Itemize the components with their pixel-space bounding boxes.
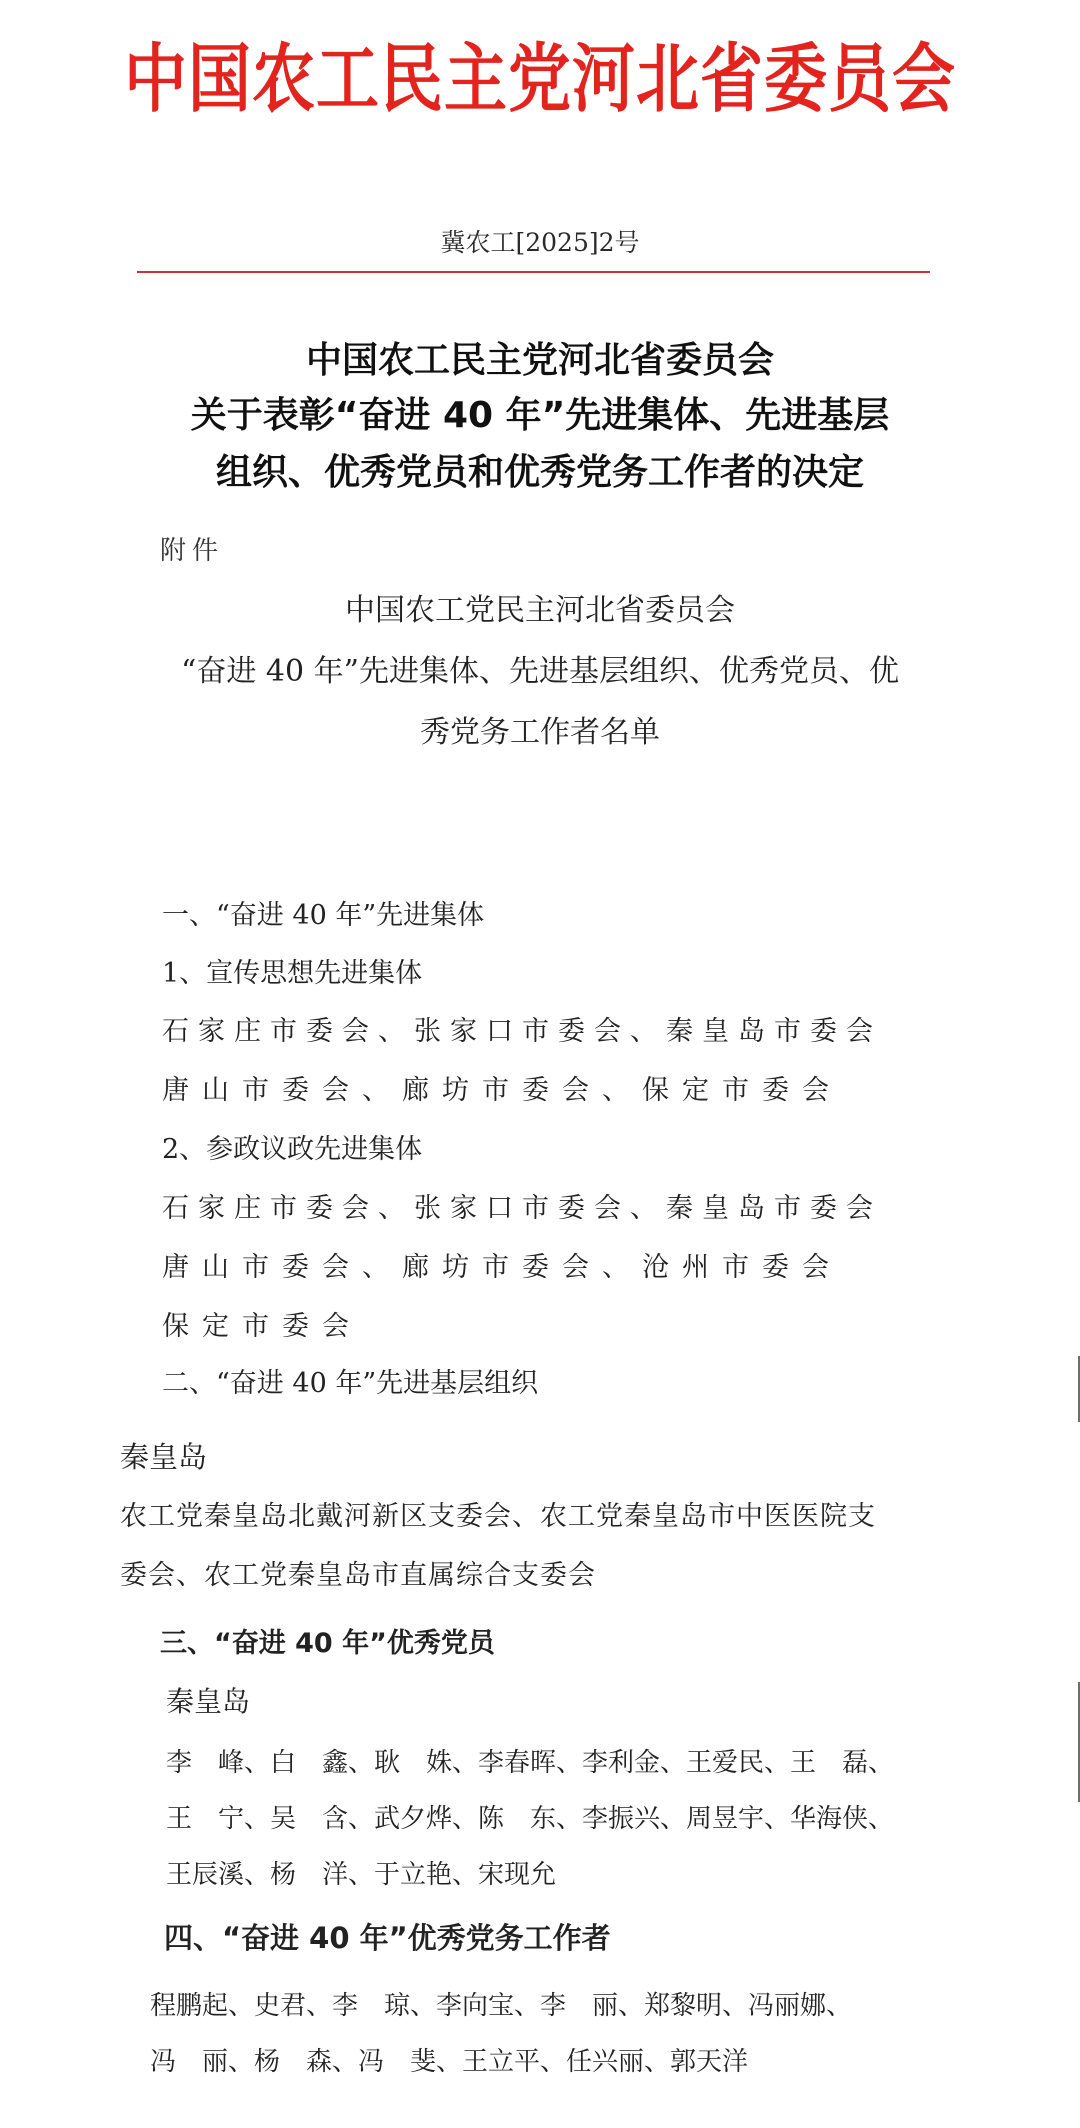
section-2-line-2: 委会、农工党秦皇岛市直属综合支委会	[120, 1562, 596, 1589]
subsection-2-heading: 2、参政议政先进集体	[162, 1136, 422, 1163]
section-3-line-3: 王辰溪、杨 洋、于立艳、宋现允	[166, 1862, 556, 1888]
section-4-line-1: 程鹏起、史君、李 琼、李向宝、李 丽、郑黎明、冯丽娜、	[150, 1993, 852, 2019]
section-3-line-1: 李 峰、白 鑫、耿 姝、李春晖、李利金、王爱民、王 磊、	[166, 1750, 894, 1776]
subsection-2-line-2: 唐山市委会、廊坊市委会、沧州市委会	[162, 1254, 842, 1281]
section-2-region: 秦皇岛	[120, 1443, 207, 1472]
subsection-1-line-2: 唐山市委会、廊坊市委会、保定市委会	[162, 1077, 842, 1104]
subsection-1-line-1: 石家庄市委会、张家口市委会、秦皇岛市委会	[162, 1018, 882, 1045]
section-2-heading: 二、“奋进 40 年”先进基层组织	[162, 1370, 538, 1397]
section-1-heading: 一、“奋进 40 年”先进集体	[162, 902, 484, 929]
subsection-2-line-3: 保定市委会	[162, 1313, 362, 1340]
section-3-heading: 三、“奋进 40 年”优秀党员	[160, 1630, 495, 1657]
list-title-line-3: 秀党务工作者名单	[0, 718, 1080, 748]
decision-title-line-1: 中国农工民主党河北省委员会	[0, 343, 1080, 379]
decision-title-line-2: 关于表彰“奋进 40 年”先进集体、先进基层	[0, 398, 1080, 434]
subsection-2-line-1: 石家庄市委会、张家口市委会、秦皇岛市委会	[162, 1195, 882, 1222]
document-number: 冀农工[2025]2号	[0, 230, 1080, 255]
section-3-line-2: 王 宁、吴 含、武夕烨、陈 东、李振兴、周昱宇、华海侠、	[166, 1806, 894, 1832]
section-2-line-1: 农工党秦皇岛北戴河新区支委会、农工党秦皇岛市中医医院支	[120, 1503, 876, 1530]
list-title-line-2: “奋进 40 年”先进集体、先进基层组织、优秀党员、优	[0, 657, 1080, 687]
section-3-region: 秦皇岛	[166, 1688, 250, 1716]
attachment-label: 附件	[160, 538, 224, 564]
list-title-line-1: 中国农工党民主河北省委员会	[0, 596, 1080, 626]
red-divider-rule	[137, 271, 930, 273]
decision-title-line-3: 组织、优秀党员和优秀党务工作者的决定	[0, 455, 1080, 491]
masthead-title: 中国农工民主党河北省委员会	[0, 42, 1080, 116]
section-4-heading: 四、“奋进 40 年”优秀党务工作者	[164, 1924, 611, 1953]
subsection-1-heading: 1、宣传思想先进集体	[162, 960, 422, 987]
section-4-line-2: 冯 丽、杨 森、冯 斐、王立平、任兴丽、郭天洋	[150, 2049, 748, 2075]
